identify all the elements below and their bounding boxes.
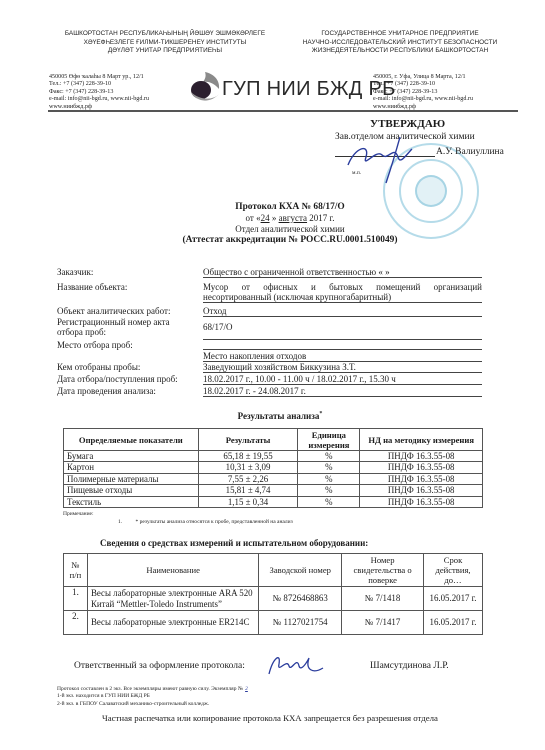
logo-text: ГУП НИИ БЖД РБ [222, 78, 396, 101]
equipment-header-cell: Наименование [87, 554, 258, 587]
table-row: 2. Весы лабораторные электронные ER214C … [64, 611, 483, 635]
date-mid: » [272, 213, 277, 223]
responsible-signature-icon [265, 648, 325, 678]
equipment-cell-name: Весы лабораторные электронные ER214C [87, 611, 258, 635]
results-title: Результаты анализа* [180, 409, 380, 422]
info-value-sampling-place: Место накопления отходов [203, 351, 482, 362]
letterhead-right-address: 450005, г. Уфа, Улица 8 Марта, 12/1 Тел.… [373, 74, 513, 111]
seal-mark-label: м.п. [352, 170, 361, 176]
info-label-work-object: Объект аналитических работ: [57, 307, 170, 317]
table-row: Картон 10,31 ± 3,09 % ПНДФ 16.3.55-08 [64, 462, 483, 473]
protocol-header: Протокол КХА № 68/17/О от «24 » августа … [140, 202, 440, 246]
results-cell-value: 7,55 ± 2,26 [198, 473, 298, 484]
org-line: ДӘҮЛӘТ УНИТАР ПРЕДПРИЯТИЕҺЫ [50, 47, 280, 56]
info-value-customer: Общество с ограниченной ответственностью… [203, 267, 482, 278]
results-cell-method: ПНДФ 16.3.55-08 [360, 451, 483, 462]
redacted-address-line [203, 349, 482, 350]
table-row: Полимерные материалы 7,55 ± 2,26 % ПНДФ … [64, 473, 483, 484]
equipment-title: Сведения о средствах измерений и испытат… [100, 538, 368, 549]
info-value-object-name: Мусор от офисных и бытовых помещений орг… [203, 282, 482, 303]
approver-name: А.У. Валиуллина [436, 147, 504, 158]
results-cell-indicator: Бумага [64, 451, 199, 462]
copy-1-location: 1-й экз. находится в ГУП НИИ БЖД РБ [57, 693, 248, 700]
copies-info: Протокол составлен в 2 экз. Все экземпля… [57, 686, 248, 708]
table-row: Бумага 65,18 ± 19,55 % ПНДФ 16.3.55-08 [64, 451, 483, 462]
results-cell-value: 15,81 ± 4,74 [198, 485, 298, 496]
results-cell-unit: % [298, 473, 360, 484]
info-value-act-number: 68/17/О [203, 322, 482, 340]
equipment-header-cell: № п/п [64, 554, 88, 587]
results-cell-method: ПНДФ 16.3.55-08 [360, 473, 483, 484]
equipment-cell-number: 1. [64, 587, 88, 611]
protocol-department: Отдел аналитической химии [140, 224, 440, 235]
equipment-cell-certificate: № 7/1418 [342, 587, 424, 611]
results-cell-indicator: Текстиль [64, 496, 199, 507]
table-row: Пищевые отходы 15,81 ± 4,74 % ПНДФ 16.3.… [64, 485, 483, 496]
info-value-work-object: Отход [203, 306, 482, 317]
note-number: 1. [118, 519, 122, 525]
copy-2-location: 2-й экз. в ГБПОУ Салаватский механико-ст… [57, 701, 248, 708]
equipment-header-row: № п/п Наименование Заводской номер Номер… [64, 554, 483, 587]
results-title-text: Результаты анализа [238, 411, 320, 421]
copy-number: 2 [245, 686, 248, 692]
results-note-label: Примечание: [63, 511, 94, 518]
info-label-act-number: Регистрационный номер акта отбора проб: [57, 318, 197, 337]
results-cell-unit: % [298, 485, 360, 496]
equipment-cell-serial: № 1127021754 [259, 611, 342, 635]
results-cell-indicator: Пищевые отходы [64, 485, 199, 496]
letterhead-right-org: ГОСУДАРСТВЕННОЕ УНИТАРНОЕ ПРЕДПРИЯТИЕ НА… [285, 30, 515, 56]
org-line: ХӘҮЕФҺЕЗЛЕГЕ ҒИЛМИ-ТИКШЕРЕНЕҮ ИНСТИТУТЫ [50, 39, 280, 48]
protocol-title: Протокол КХА № 68/17/О [140, 202, 440, 213]
results-header-row: Определяемые показатели Результаты Едини… [64, 429, 483, 451]
protocol-date: от «24 » августа 2017 г. [140, 213, 440, 224]
info-label-sampled-by: Кем отобраны пробы: [57, 363, 140, 373]
address-line: e-mail: info@nii-bgd.ru, www.nii-bgd.ru [373, 96, 513, 103]
equipment-table: № п/п Наименование Заводской номер Номер… [63, 553, 483, 635]
org-line: ЖИЗНЕДЕЯТЕЛЬНОСТИ РЕСПУБЛИКИ БАШКОРТОСТА… [285, 47, 515, 56]
results-cell-value: 10,31 ± 3,09 [198, 462, 298, 473]
equipment-header-cell: Срок действия, до… [424, 554, 483, 587]
equipment-cell-name: Весы лабораторные электронные ARA 520 Ки… [87, 587, 258, 611]
results-note: 1. * результаты анализа относятся к проб… [118, 519, 293, 526]
info-label-sampling-date: Дата отбора/поступления проб: [57, 375, 178, 385]
letterhead-left-org: БАШКОРТОСТАН РЕСПУБЛИКАҺЫНЫҢ ЙӘШӘҮ ЭШМӘК… [50, 30, 280, 56]
approver-signature-icon [340, 135, 420, 185]
copies-line-text: Протокол составлен в 2 экз. Все экземпля… [57, 686, 243, 692]
equipment-cell-serial: № 8726468863 [259, 587, 342, 611]
info-label-customer: Заказчик: [57, 268, 93, 278]
protocol-accreditation: (Аттестат аккредитации № POCC.RU.0001.51… [140, 235, 440, 246]
results-header-cell: Единица измерения [298, 429, 360, 451]
table-row: Текстиль 1,15 ± 0,34 % ПНДФ 16.3.55-08 [64, 496, 483, 507]
equipment-header-cell: Заводской номер [259, 554, 342, 587]
date-month: августа [279, 213, 307, 223]
results-cell-indicator: Картон [64, 462, 199, 473]
date-year: 2017 г. [309, 213, 334, 223]
org-line: НАУЧНО-ИССЛЕДОВАТЕЛЬСКИЙ ИНСТИТУТ БЕЗОПА… [285, 39, 515, 48]
equipment-cell-valid-until: 16.05.2017 г. [424, 611, 483, 635]
results-cell-unit: % [298, 451, 360, 462]
note-text: * результаты анализа относятся к пробе, … [136, 519, 293, 525]
equipment-cell-number: 2. [64, 611, 88, 635]
results-cell-method: ПНДФ 16.3.55-08 [360, 462, 483, 473]
results-cell-unit: % [298, 496, 360, 507]
letterhead-left-address: 450005 Өфө ҡалаһы 8 Март ур., 12/1 Тел.:… [49, 74, 189, 111]
letterhead-divider [48, 110, 518, 112]
info-value-analysis-date: 18.02.2017 г. - 24.08.2017 г. [203, 386, 482, 397]
logo-icon [188, 70, 222, 104]
address-line: e-mail: info@nii-bgd.ru, www.nii-bgd.ru [49, 96, 189, 103]
equipment-header-cell: Номер свидетельства о поверке [342, 554, 424, 587]
info-label-sampling-place: Место отбора проб: [57, 341, 133, 351]
table-row: 1. Весы лабораторные электронные ARA 520… [64, 587, 483, 611]
results-cell-unit: % [298, 462, 360, 473]
date-prefix: от « [246, 213, 261, 223]
info-value-sampled-by: Заведующий хозяйством Биккузина З.Т. [203, 362, 482, 373]
responsible-label: Ответственный за оформление протокола: [74, 661, 245, 672]
address-line: Тел.: +7 (347) 228-39-10 [373, 81, 513, 88]
info-value-sampling-date: 18.02.2017 г., 10.00 - 11.00 ч / 18.02.2… [203, 374, 482, 385]
results-cell-method: ПНДФ 16.3.55-08 [360, 496, 483, 507]
copy-disclaimer: Частная распечатка или копирование прото… [60, 713, 480, 724]
responsible-name: Шамсутдинова Л.Р. [370, 661, 449, 672]
results-header-cell: Определяемые показатели [64, 429, 199, 451]
results-cell-value: 1,15 ± 0,34 [198, 496, 298, 507]
results-table: Определяемые показатели Результаты Едини… [63, 428, 483, 508]
date-day: 24 [261, 213, 270, 223]
results-cell-value: 65,18 ± 19,55 [198, 451, 298, 462]
approval-title: УТВЕРЖДАЮ [370, 118, 445, 130]
equipment-cell-valid-until: 16.05.2017 г. [424, 587, 483, 611]
results-header-cell: НД на методику измерения [360, 429, 483, 451]
org-line: БАШКОРТОСТАН РЕСПУБЛИКАҺЫНЫҢ ЙӘШӘҮ ЭШМӘК… [50, 30, 280, 39]
results-cell-method: ПНДФ 16.3.55-08 [360, 485, 483, 496]
equipment-cell-certificate: № 7/1417 [342, 611, 424, 635]
address-line: Тел.: +7 (347) 228-39-10 [49, 81, 189, 88]
results-cell-indicator: Полимерные материалы [64, 473, 199, 484]
org-line: ГОСУДАРСТВЕННОЕ УНИТАРНОЕ ПРЕДПРИЯТИЕ [285, 30, 515, 39]
results-title-mark: * [319, 411, 322, 417]
info-label-analysis-date: Дата проведения анализа: [57, 387, 156, 397]
results-header-cell: Результаты [198, 429, 298, 451]
info-label-object-name: Название объекта: [57, 283, 127, 293]
